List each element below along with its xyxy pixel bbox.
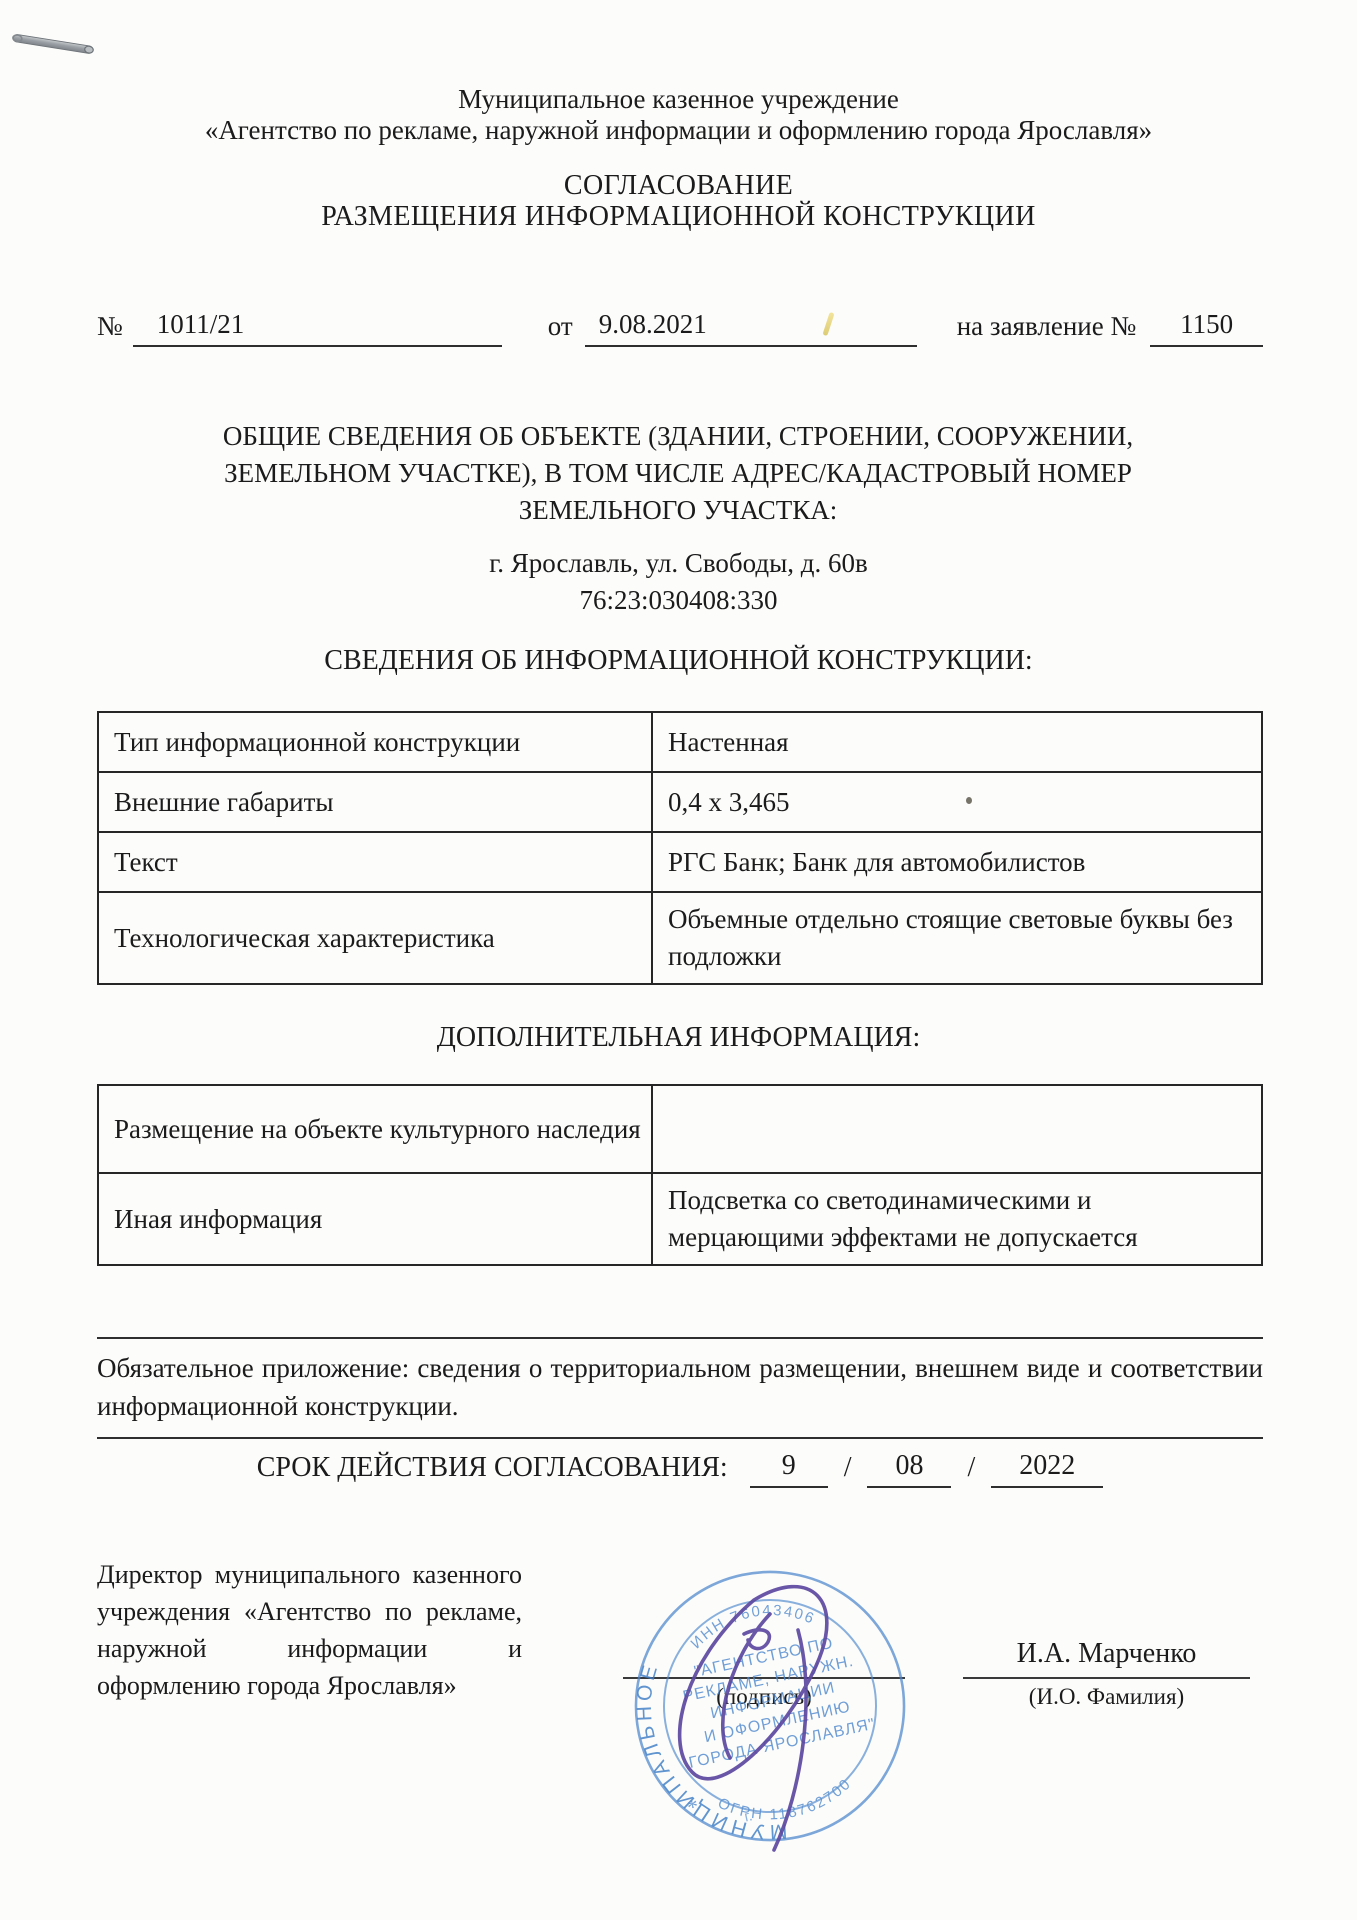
- validity-year: 2022: [991, 1450, 1103, 1488]
- document-number-row: № 1011/21 от 9.08.2021 на заявление № 11…: [97, 309, 1263, 347]
- row-label: Внешние габариты: [98, 772, 652, 832]
- object-address: г. Ярославль, ул. Свободы, д. 60в: [0, 548, 1357, 579]
- official-stamp: МУНИЦИПАЛЬНОЕ ИНН 76043406 ОГРН 11876270…: [602, 1538, 938, 1874]
- number-label: №: [97, 311, 123, 347]
- validity-row: СРОК ДЕЙСТВИЯ СОГЛАСОВАНИЯ: 9 / 08 / 202…: [97, 1450, 1263, 1488]
- doc-title-line2: РАЗМЕЩЕНИЯ ИНФОРМАЦИОННОЙ КОНСТРУКЦИИ: [0, 201, 1357, 232]
- additional-section-heading: ДОПОЛНИТЕЛЬНАЯ ИНФОРМАЦИЯ:: [0, 1022, 1357, 1054]
- row-label: Технологическая характеристика: [98, 892, 652, 984]
- table-row: Тип информационной конструкции Настенная: [98, 712, 1262, 772]
- object-section-heading: ОБЩИЕ СВЕДЕНИЯ ОБ ОБЪЕКТЕ (ЗДАНИИ, СТРОЕ…: [178, 418, 1178, 529]
- validity-separator: /: [844, 1452, 852, 1488]
- org-name-line2: «Агентство по рекламе, наружной информац…: [0, 115, 1357, 145]
- scanned-document-page: Муниципальное казенное учреждение «Агент…: [0, 0, 1357, 1920]
- construction-info-table: Тип информационной конструкции Настенная…: [97, 711, 1263, 985]
- validity-day: 9: [750, 1450, 828, 1488]
- table-row: Текст РГС Банк; Банк для автомобилистов: [98, 832, 1262, 892]
- row-label: Иная информация: [98, 1173, 652, 1265]
- signer-position-text: Директор муниципального казенного учрежд…: [97, 1556, 522, 1704]
- date-label: от: [548, 311, 573, 347]
- signer-name: И.А. Марченко: [963, 1638, 1250, 1670]
- row-value: 0,4 х 3,465: [652, 772, 1262, 832]
- horizontal-rule-top: [97, 1337, 1263, 1339]
- validity-separator: /: [967, 1452, 975, 1488]
- row-value: Объемные отдельно стоящие световые буквы…: [652, 892, 1262, 984]
- cadastral-number: 76:23:030408:330: [0, 585, 1357, 616]
- row-label: Размещение на объекте культурного наслед…: [98, 1085, 652, 1173]
- staple-icon: [8, 26, 108, 66]
- table-row: Размещение на объекте культурного наслед…: [98, 1085, 1262, 1173]
- row-label: Текст: [98, 832, 652, 892]
- table-row: Иная информация Подсветка со светодинами…: [98, 1173, 1262, 1265]
- doc-title-line1: СОГЛАСОВАНИЕ: [0, 170, 1357, 201]
- row-value: Настенная: [652, 712, 1262, 772]
- application-number-value: 1150: [1150, 309, 1263, 347]
- validity-label: СРОК ДЕЙСТВИЯ СОГЛАСОВАНИЯ:: [257, 1452, 728, 1488]
- horizontal-rule-bottom: [97, 1437, 1263, 1439]
- row-value: [652, 1085, 1262, 1173]
- org-name-line1: Муниципальное казенное учреждение: [0, 84, 1357, 114]
- row-value: Подсветка со светодинамическими и мерцаю…: [652, 1173, 1262, 1265]
- application-label: на заявление №: [957, 311, 1137, 347]
- row-label: Тип информационной конструкции: [98, 712, 652, 772]
- validity-month: 08: [867, 1450, 951, 1488]
- name-caption: (И.О. Фамилия): [963, 1684, 1250, 1710]
- table-row: Внешние габариты 0,4 х 3,465: [98, 772, 1262, 832]
- additional-info-table: Размещение на объекте культурного наслед…: [97, 1084, 1263, 1266]
- number-value: 1011/21: [133, 309, 502, 347]
- row-value: РГС Банк; Банк для автомобилистов: [652, 832, 1262, 892]
- name-line: [963, 1677, 1250, 1679]
- table-row: Технологическая характеристика Объемные …: [98, 892, 1262, 984]
- date-value: 9.08.2021: [585, 309, 917, 347]
- appendix-note: Обязательное приложение: сведения о терр…: [97, 1349, 1263, 1425]
- construction-section-heading: СВЕДЕНИЯ ОБ ИНФОРМАЦИОННОЙ КОНСТРУКЦИИ:: [0, 645, 1357, 677]
